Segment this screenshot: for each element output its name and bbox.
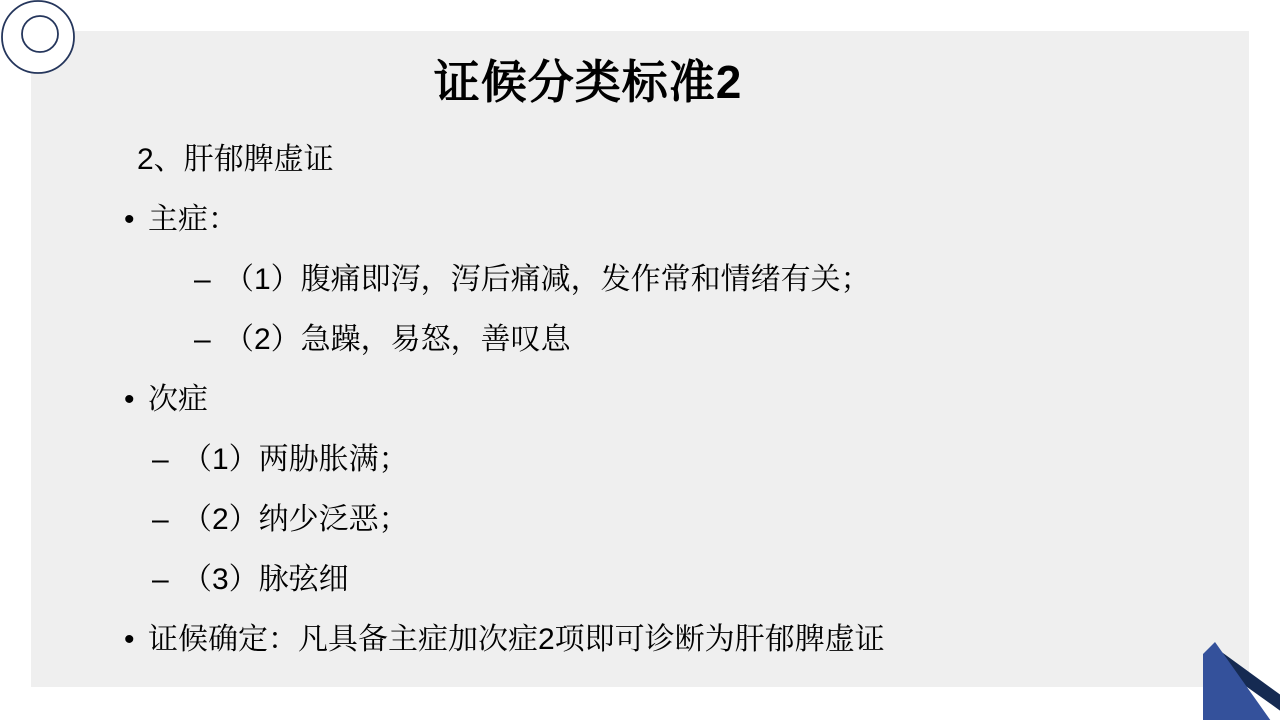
dash-marker: – [152,490,182,550]
bullet-marker: • [124,190,148,250]
line-text: 次症 [148,383,208,416]
slide-title: 证候分类标准2 [32,46,1144,112]
content-line: –（1）两胁胀满； [0,430,1248,490]
line-text: （1）腹痛即泻，泻后痛减，发作常和情绪有关； [224,263,871,296]
bullet-marker: • [124,610,148,670]
content-line: –（2）急躁，易怒，善叹息 [0,310,1248,370]
line-text: 证候确定：凡具备主症加次症2项即可诊断为肝郁脾虚证 [148,623,885,656]
bullet-marker: • [124,370,148,430]
slide-body: 2、肝郁脾虚证 •主症： –（1）腹痛即泻，泻后痛减，发作常和情绪有关； –（2… [0,130,1248,670]
content-line: •主症： [0,190,1248,250]
content-line: –（2）纳少泛恶； [0,490,1248,550]
dash-marker: – [194,310,224,370]
dash-marker: – [152,550,182,610]
content-line: •次症 [0,370,1248,430]
line-text: （3）脉弦细 [182,563,349,596]
dash-marker: – [152,430,182,490]
content-line: •证候确定：凡具备主症加次症2项即可诊断为肝郁脾虚证 [0,610,1248,670]
content-line: –（1）腹痛即泻，泻后痛减，发作常和情绪有关； [0,250,1248,310]
line-text: （1）两胁胀满； [182,443,409,476]
content-line: –（3）脉弦细 [0,550,1248,610]
line-text: 2、肝郁脾虚证 [137,143,334,176]
line-text: 主症： [148,203,238,236]
content-line: 2、肝郁脾虚证 [0,130,1248,190]
dash-marker: – [194,250,224,310]
line-text: （2）急躁，易怒，善叹息 [224,323,571,356]
line-text: （2）纳少泛恶； [182,503,409,536]
